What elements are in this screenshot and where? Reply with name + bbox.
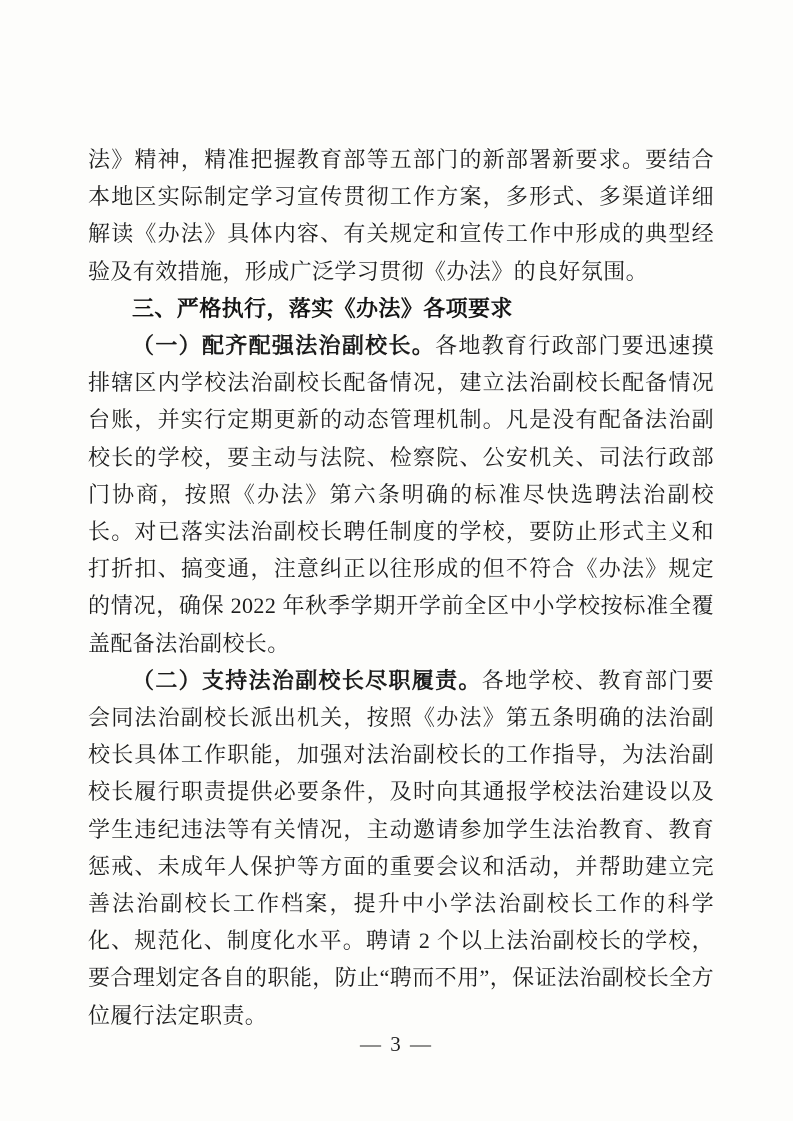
paragraph-item-2: （二）支持法治副校长尽职履责。各地学校、教育部门要会同法治副校长派出机关，按照《… [88,662,714,1034]
paragraph-item-1: （一）配齐配强法治副校长。各地教育行政部门要迅速摸排辖区内学校法治副校长配备情况… [88,327,714,662]
paragraph-item-1-text: 各地教育行政部门要迅速摸排辖区内学校法治副校长配备情况，建立法治副校长配备情况台… [88,333,714,656]
paragraph-item-1-lead: （一）配齐配强法治副校长。 [132,333,435,358]
paragraph-continuation-text: 法》精神，精准把握教育部等五部门的新部署新要求。要结合本地区实际制定学习宣传贯彻… [88,147,714,284]
page-number: — 3 — [0,1032,793,1057]
paragraph-continuation: 法》精神，精准把握教育部等五部门的新部署新要求。要结合本地区实际制定学习宣传贯彻… [88,141,714,290]
document-body: 法》精神，精准把握教育部等五部门的新部署新要求。要结合本地区实际制定学习宣传贯彻… [88,141,714,1034]
paragraph-item-2-lead: （二）支持法治副校长尽职履责。 [132,668,482,693]
document-page: 法》精神，精准把握教育部等五部门的新部署新要求。要结合本地区实际制定学习宣传贯彻… [0,0,793,1121]
section-heading: 三、严格执行，落实《办法》各项要求 [88,290,714,327]
paragraph-item-2-text: 各地学校、教育部门要会同法治副校长派出机关，按照《办法》第五条明确的法治副校长具… [88,668,714,1028]
